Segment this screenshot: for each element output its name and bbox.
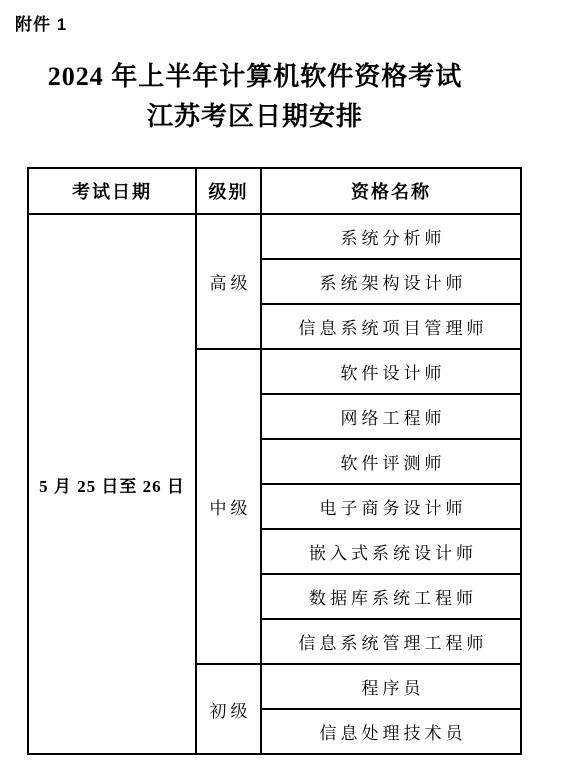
table-header-row: 考试日期 级别 资格名称 <box>28 168 521 214</box>
qualification-cell: 网络工程师 <box>261 394 521 439</box>
qualification-cell: 信息处理技术员 <box>261 709 521 754</box>
header-qualification-name: 资格名称 <box>261 168 521 214</box>
qualification-cell: 数据库系统工程师 <box>261 574 521 619</box>
title-line-1: 2024 年上半年计算机软件资格考试 <box>0 57 510 97</box>
attachment-label: 附件 1 <box>15 10 67 35</box>
table-row: 5 月 25 日至 26 日 高级 系统分析师 <box>28 214 521 259</box>
qualification-cell: 系统架构设计师 <box>261 259 521 304</box>
qualification-cell: 程序员 <box>261 664 521 709</box>
level-cell-junior: 初级 <box>196 664 261 754</box>
qualification-cell: 嵌入式系统设计师 <box>261 529 521 574</box>
qualification-cell: 系统分析师 <box>261 214 521 259</box>
document-title: 2024 年上半年计算机软件资格考试 江苏考区日期安排 <box>0 57 510 137</box>
title-line-2: 江苏考区日期安排 <box>0 97 510 137</box>
qualification-cell: 信息系统管理工程师 <box>261 619 521 664</box>
qualification-cell: 信息系统项目管理师 <box>261 304 521 349</box>
level-cell-senior: 高级 <box>196 214 261 349</box>
qualification-cell: 软件设计师 <box>261 349 521 394</box>
qualification-cell: 电子商务设计师 <box>261 484 521 529</box>
document-page: 附件 1 2024 年上半年计算机软件资格考试 江苏考区日期安排 考试日期 级别… <box>0 0 562 780</box>
exam-date-cell: 5 月 25 日至 26 日 <box>28 214 196 754</box>
level-cell-intermediate: 中级 <box>196 349 261 664</box>
exam-schedule-table: 考试日期 级别 资格名称 5 月 25 日至 26 日 高级 系统分析师 系统架… <box>27 167 522 755</box>
qualification-cell: 软件评测师 <box>261 439 521 484</box>
header-exam-date: 考试日期 <box>28 168 196 214</box>
header-level: 级别 <box>196 168 261 214</box>
